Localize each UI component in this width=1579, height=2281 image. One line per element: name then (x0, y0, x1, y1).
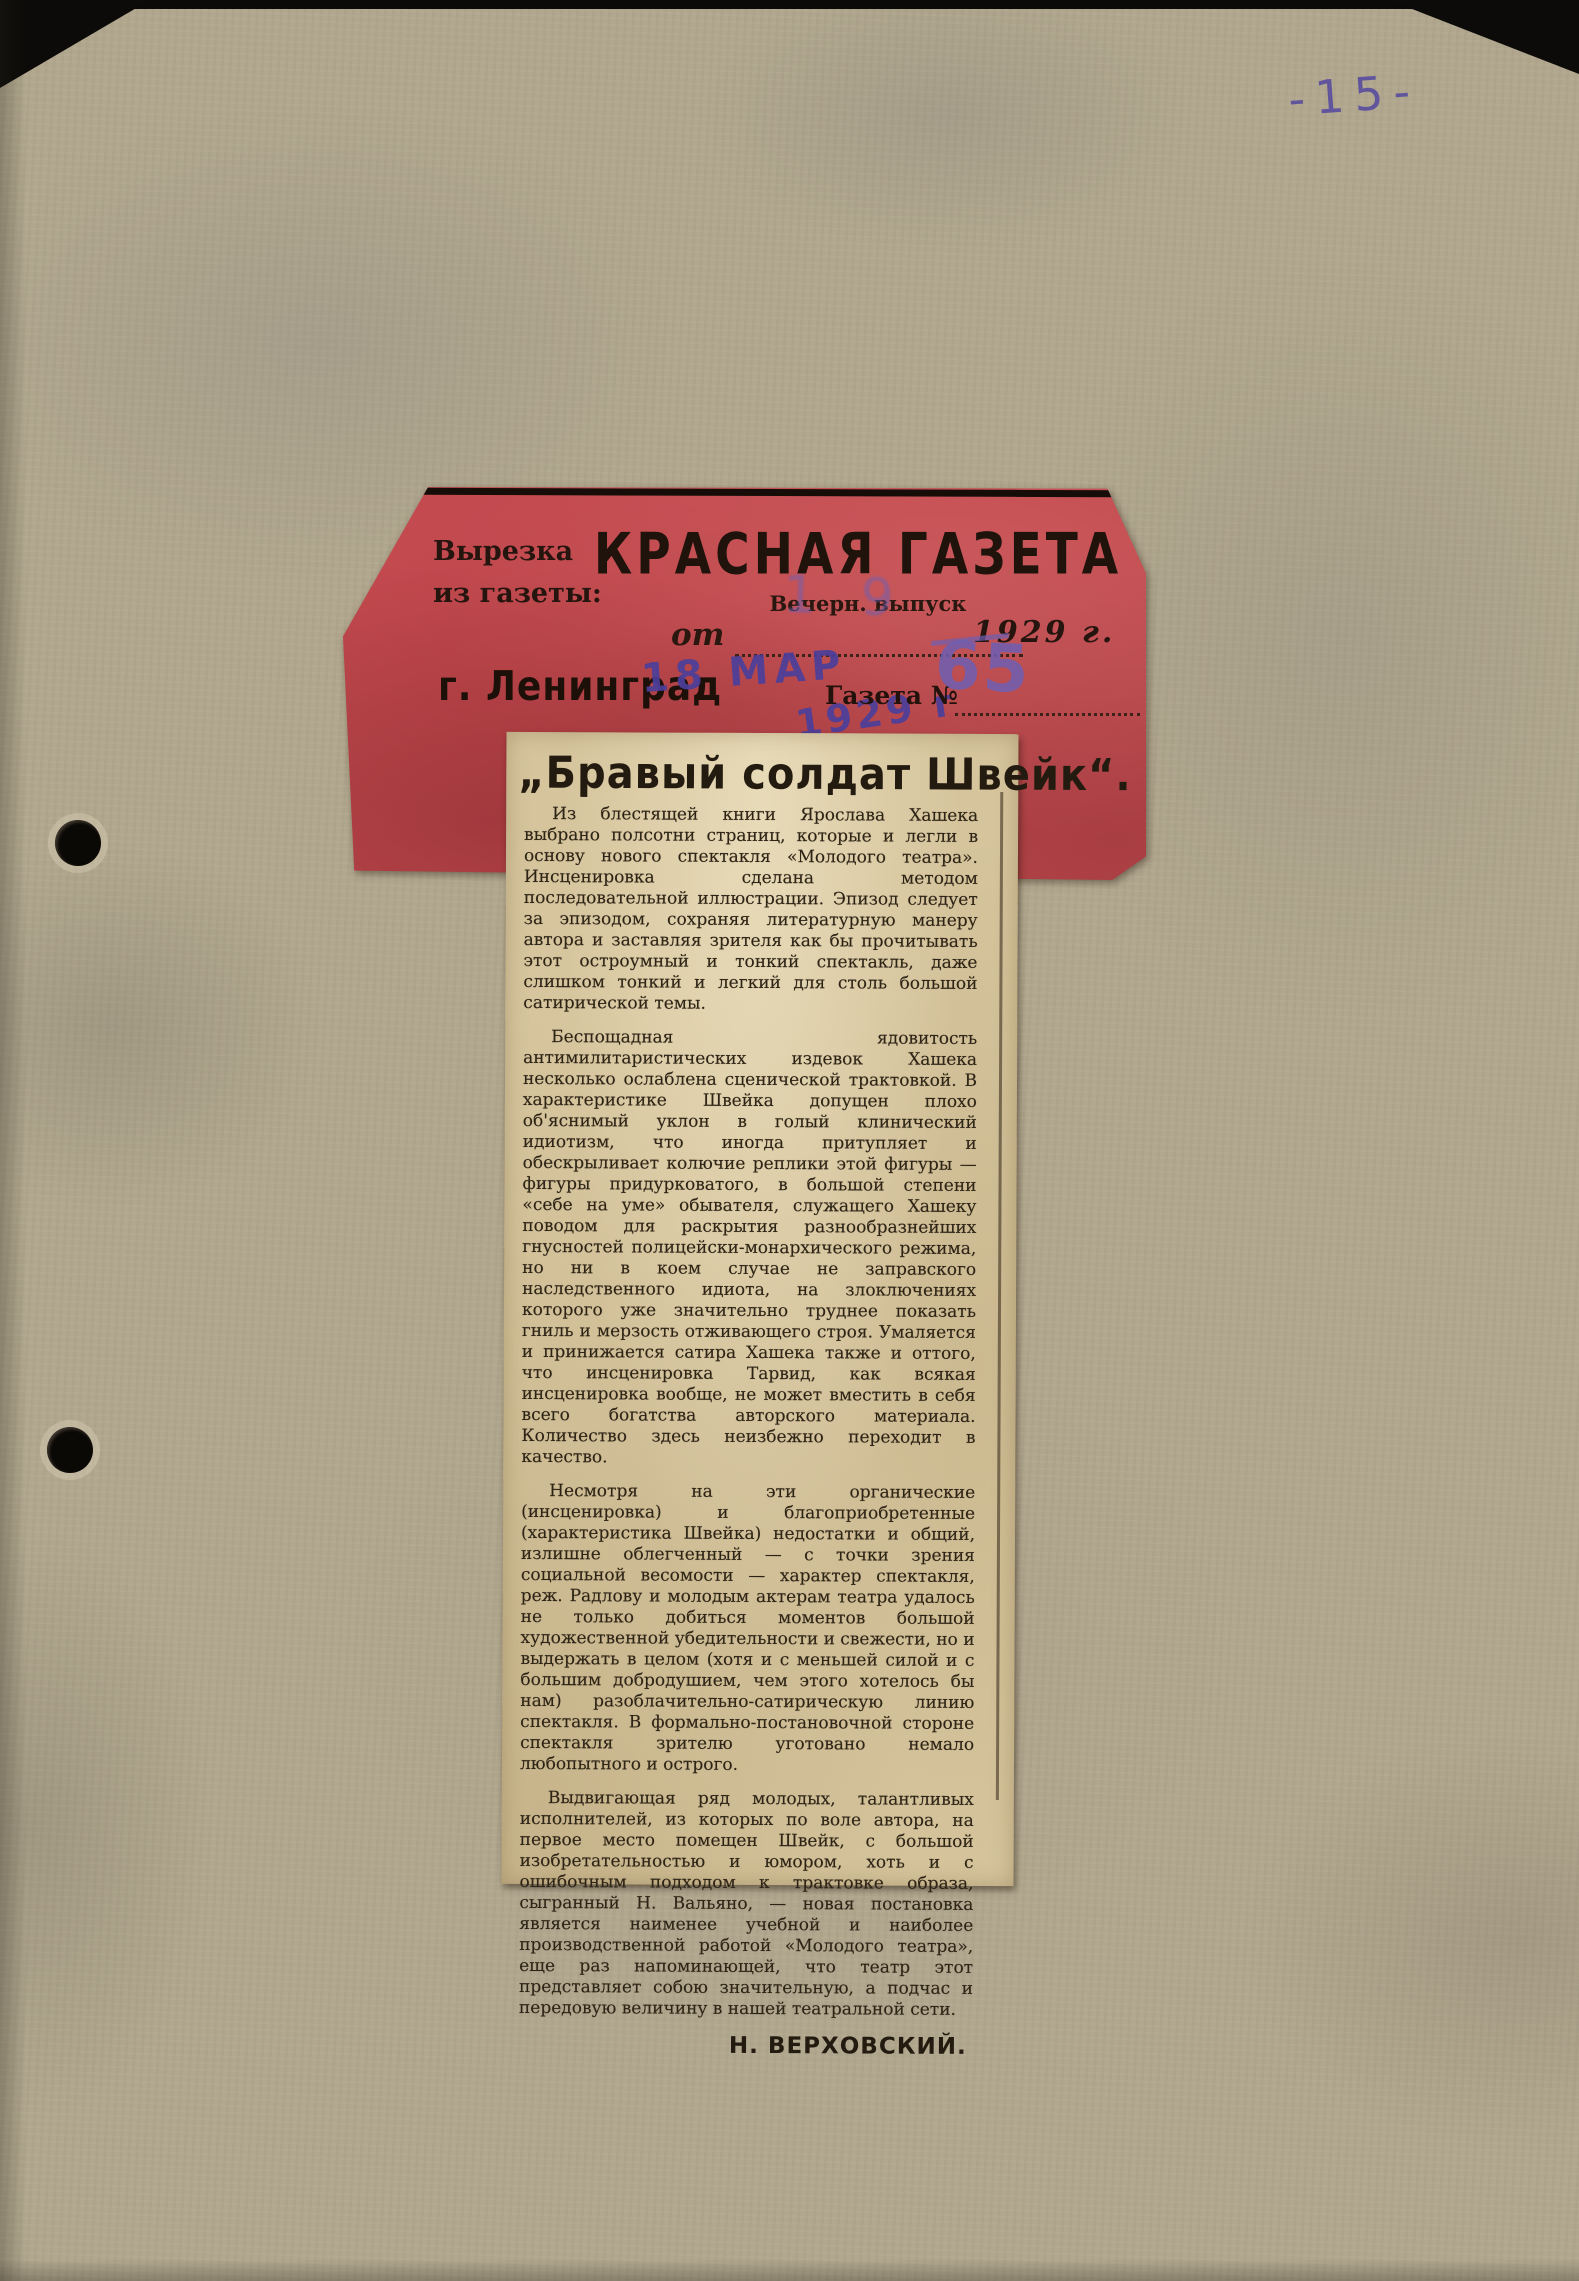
page-edge-shade-left (0, 0, 26, 2281)
clipping-byline: Н. ВЕРХОВСКИЙ. (501, 2032, 967, 2060)
clipping-body: Из блестящей книги Ярослава Хашека выбра… (519, 804, 978, 2021)
date-preposition: от (671, 617, 724, 653)
hole-punch-bottom (47, 1427, 93, 1473)
label-source-caption-line1: Вырезка (433, 531, 602, 573)
clipping-paragraph: Выдвигающая ряд молодых, талантливых исп… (519, 1788, 974, 2021)
page-edge-shade-bottom (0, 2259, 1579, 2281)
hole-punch-top (55, 820, 101, 866)
clipping-paragraph: Беспощадная ядовитость антимилитаристиче… (521, 1027, 977, 1470)
clipping-paragraph: Из блестящей книги Ярослава Хашека выбра… (523, 804, 978, 1016)
clipping-headline: „Бравый солдат Швейк“. (518, 748, 1012, 801)
column-rule (996, 792, 1003, 1800)
handwritten-issue-number: 65 (933, 627, 1033, 709)
faded-date-stamp: 1 9 (782, 565, 909, 629)
handwritten-page-number: -15- (1286, 52, 1579, 127)
newspaper-clipping: „Бравый солдат Швейк“. Из блестящей книг… (501, 732, 1018, 1886)
label-top-border (423, 488, 1113, 497)
clipping-paragraph: Несмотря на эти органические (инсцениров… (520, 1481, 975, 1777)
photo-edge-top (0, 0, 1579, 9)
label-source-caption: Вырезка из газеты: (433, 531, 602, 615)
archive-page-scan: -15- Вырезка из газеты: КРАСНАЯ ГАЗЕТА В… (0, 0, 1579, 2281)
label-source-caption-line2: из газеты: (433, 573, 602, 615)
